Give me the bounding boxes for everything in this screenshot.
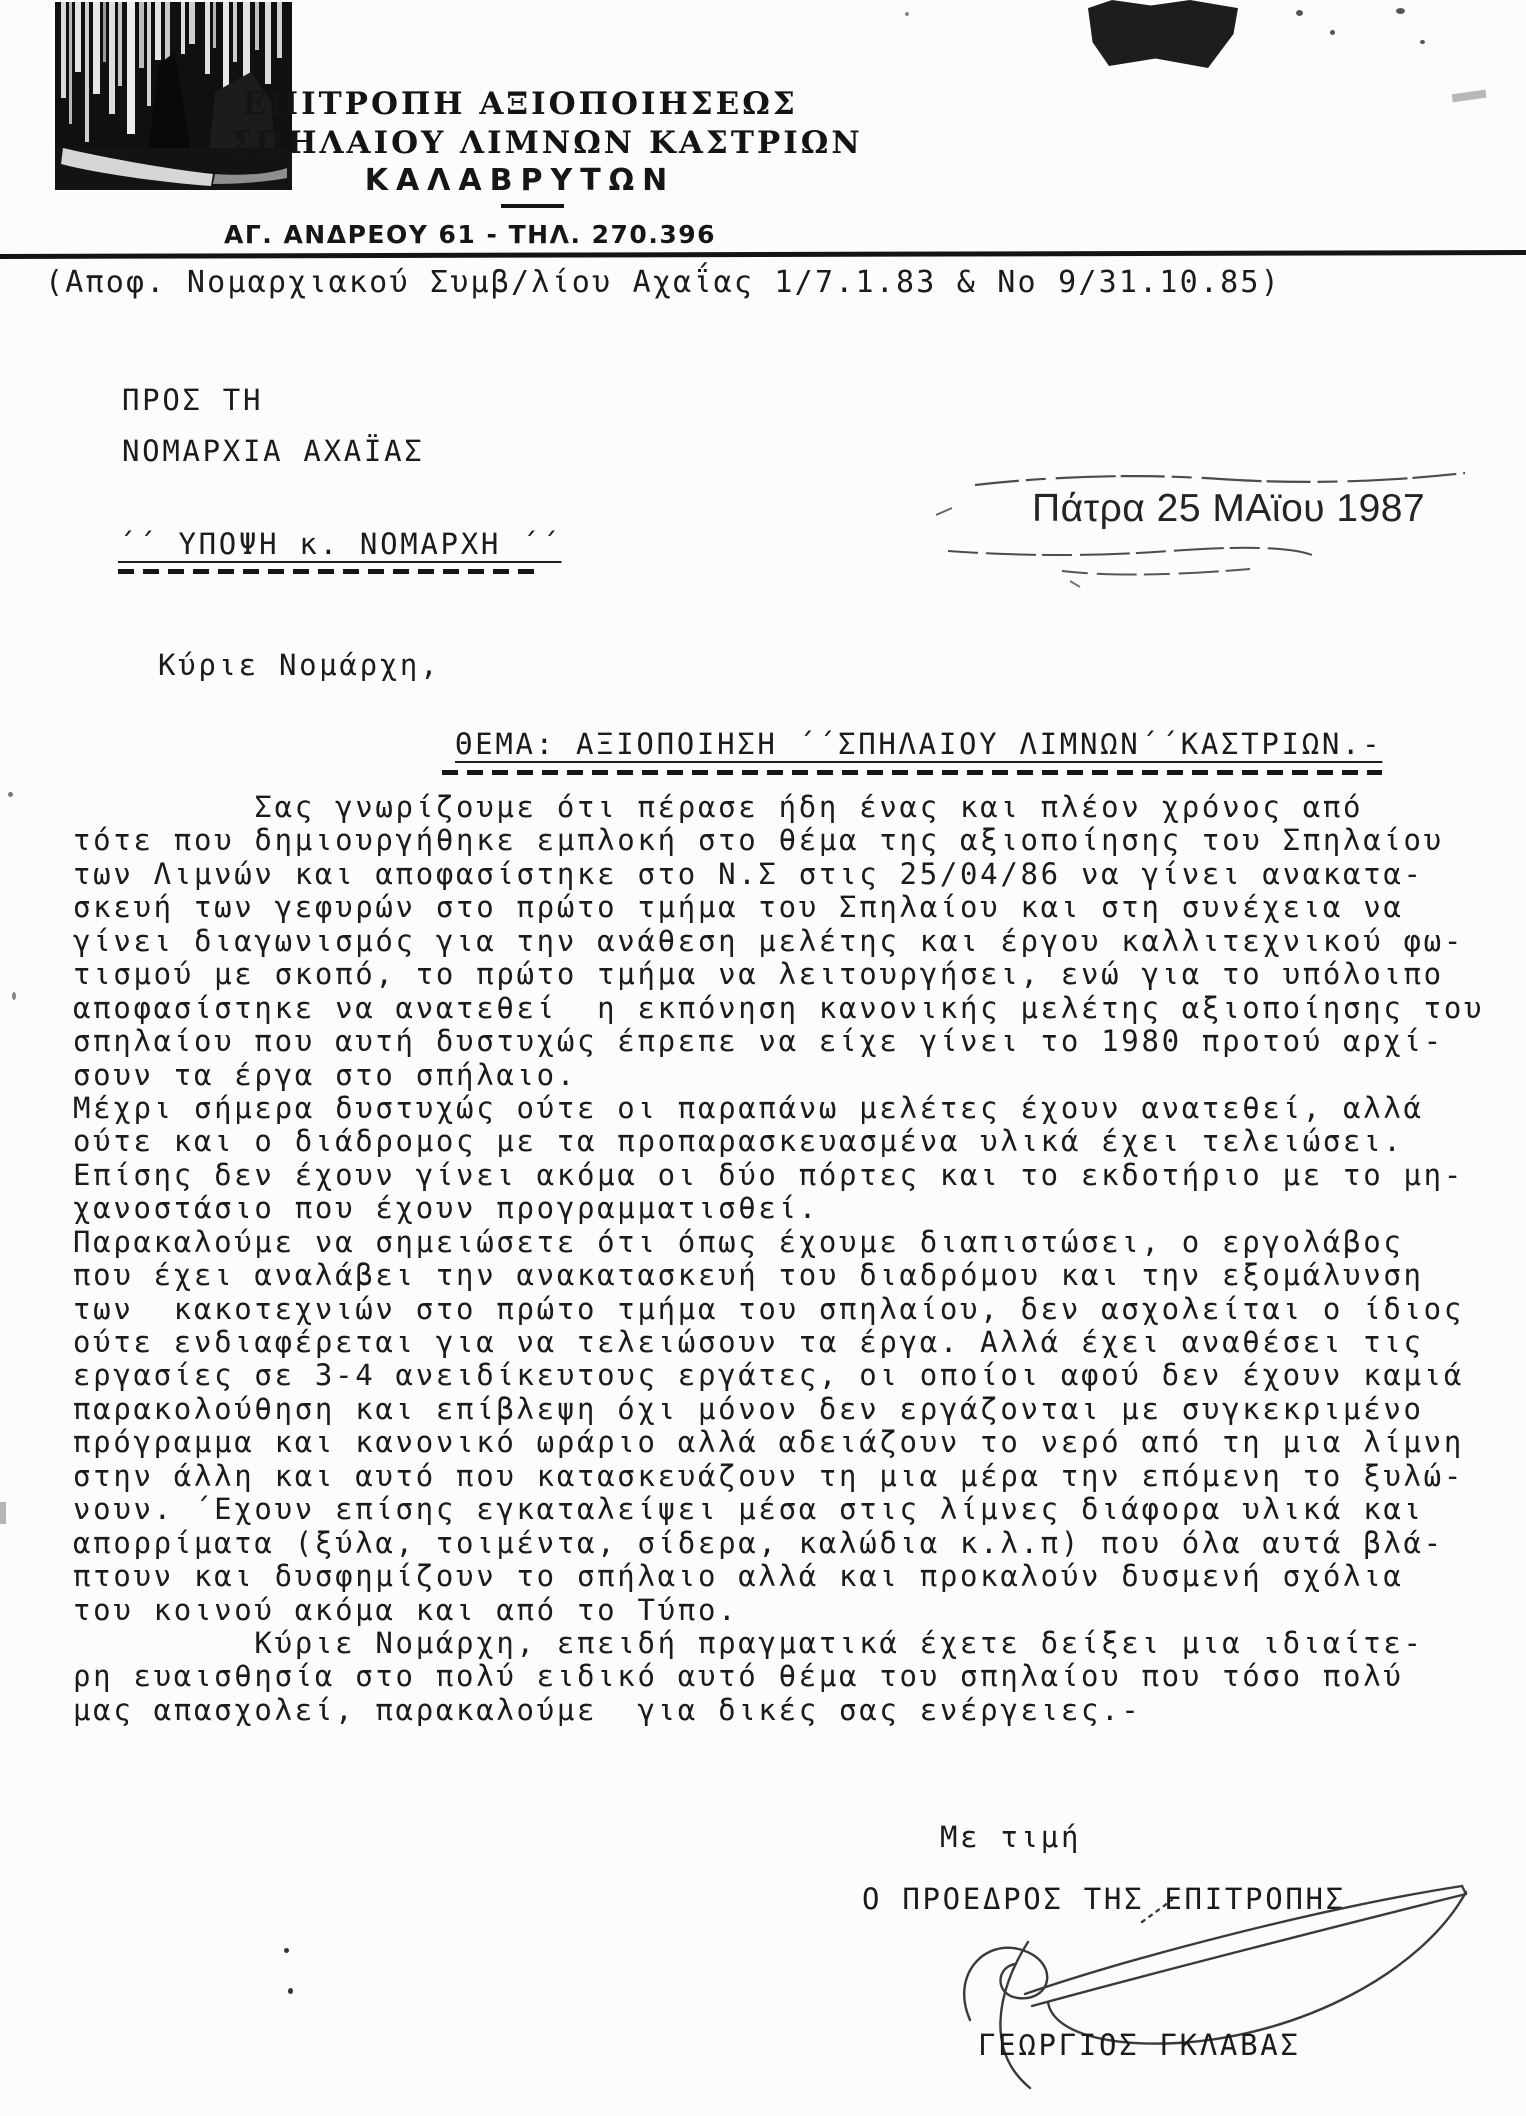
- body-line: μας απασχολεί, παρακαλούμε για δικές σας…: [73, 1694, 1493, 1727]
- body-line: Επίσης δεν έχουν γίνει ακόμα οι δύο πόρτ…: [73, 1159, 1493, 1192]
- scan-speck: [905, 12, 909, 16]
- body-line: χανοστάσιο που έχουν προγραμματισθεί.: [73, 1192, 1493, 1225]
- scan-speck: [1330, 30, 1335, 35]
- scan-edge-mark: [0, 1502, 6, 1524]
- body-line: σκευή των γεφυρών στο πρώτο τμήμα του Σπ…: [73, 891, 1493, 924]
- letter-body: Σας γνωρίζουμε ότι πέρασε ήδη ένας και π…: [73, 791, 1493, 1727]
- body-line: απορρίματα (ξύλα, τοιμέντα, σίδερα, καλώ…: [73, 1527, 1493, 1560]
- body-line: που έχει αναλάβει την ανακατασκευή του δ…: [73, 1259, 1493, 1292]
- body-line: αποφασίστηκε να ανατεθεί η εκπόνηση κανο…: [73, 992, 1493, 1025]
- subject-dashed-underline: [442, 770, 1382, 775]
- recipient-to-line1: ΠΡΟΣ ΤΗ: [122, 383, 263, 417]
- letterhead-underline: [501, 204, 564, 208]
- body-line: σουν τα έργα στο σπήλαιο.: [73, 1059, 1493, 1092]
- body-line: του κοινού ακόμα και από το Τύπο.: [73, 1594, 1493, 1627]
- salutation: Κύριε Νομάρχη,: [158, 648, 440, 682]
- stray-dot: [288, 1988, 293, 1994]
- scan-speck: [12, 992, 16, 1000]
- body-line: Κύριε Νομάρχη, επειδή πραγματικά έχετε δ…: [73, 1627, 1493, 1660]
- scan-speck: [1420, 40, 1425, 44]
- attention-dashed-underline: [118, 569, 538, 574]
- body-line: των Λιμνών και αποφασίστηκε στο Ν.Σ στις…: [73, 858, 1493, 891]
- signer-name: ΓΕΩΡΓΙΟΣ ΓΚΛΑΒΑΣ: [978, 2028, 1301, 2062]
- body-line: ρη ευαισθησία στο πολύ ειδικό αυτό θέμα …: [73, 1660, 1493, 1693]
- signature-scribble: [900, 1880, 1500, 2116]
- scan-smudge: [1452, 90, 1487, 103]
- date-stamp: Πάτρα 25 ΜΑϊου 1987: [1032, 487, 1425, 531]
- body-line: ούτε και ο διάδρομος με τα προπαρασκευασ…: [73, 1125, 1493, 1158]
- scan-speck: [8, 792, 13, 797]
- attention-line: ´´ ΥΠΟΨΗ κ. ΝΟΜΑΡΧΗ ´´: [118, 527, 562, 561]
- body-line: Μέχρι σήμερα δυστυχώς ούτε οι παραπάνω μ…: [73, 1092, 1493, 1125]
- body-line: γίνει διαγωνισμός για την ανάθεση μελέτη…: [73, 925, 1493, 958]
- body-line: πτουν και δυσφημίζουν το σπήλαιο αλλά κα…: [73, 1560, 1493, 1593]
- body-line: ούτε ενδιαφέρεται για να τελειώσουν τα έ…: [73, 1326, 1493, 1359]
- org-name-line2: ΣΠΗΛΑΙΟΥ ΛΙΜΝΩΝ ΚΑΣΤΡΙΩΝ: [230, 125, 810, 161]
- scan-noise-blob: [1088, 0, 1238, 68]
- body-line: παρακολούθηση και επίβλεψη όχι μόνον δεν…: [73, 1393, 1493, 1426]
- reference-line: (Αποφ. Νομαρχιακού Συμβ/λίου Αχαΐας 1/7.…: [45, 266, 1281, 300]
- org-name-line1: ΕΠΙΤΡΟΠΗ ΑΞΙΟΠΟΙΗΣΕΩΣ: [230, 86, 810, 122]
- letterhead-divider-rule: [0, 250, 1526, 259]
- body-line: πρόγραμμα και κανονικό ωράριο αλλά αδειά…: [73, 1426, 1493, 1459]
- body-line: Παρακαλούμε να σημειώσετε ότι όπως έχουμ…: [73, 1226, 1493, 1259]
- org-name-line3: ΚΑΛΑΒΡΥΤΩΝ: [230, 163, 810, 198]
- body-line: στην άλλη και αυτό που κατασκευάζουν τη …: [73, 1460, 1493, 1493]
- recipient-to-line2: ΝΟΜΑΡΧΙΑ ΑΧΑΪΑΣ: [122, 434, 424, 468]
- scan-speck: [1396, 8, 1405, 14]
- body-line: εργασίες σε 3-4 ανειδίκευτους εργάτες, ο…: [73, 1359, 1493, 1392]
- body-line: σπηλαίου που αυτή δυστυχώς έπρεπε να είχ…: [73, 1025, 1493, 1058]
- stray-dot: [284, 1948, 289, 1953]
- body-line: των κακοτεχνιών στο πρώτο τμήμα του σπηλ…: [73, 1293, 1493, 1326]
- body-line: νουν. ´Εχουν επίσης εγκαταλείψει μέσα στ…: [73, 1493, 1493, 1526]
- body-line: Σας γνωρίζουμε ότι πέρασε ήδη ένας και π…: [73, 791, 1493, 824]
- subject-line: ΘΕΜΑ: ΑΞΙΟΠΟΙΗΣΗ ´´ΣΠΗΛΑΙΟΥ ΛΙΜΝΩΝ´´ΚΑΣΤ…: [455, 727, 1382, 761]
- scanned-letter-page: ΕΠΙΤΡΟΠΗ ΑΞΙΟΠΟΙΗΣΕΩΣ ΣΠΗΛΑΙΟΥ ΛΙΜΝΩΝ ΚΑ…: [0, 0, 1526, 2116]
- letterhead-address: ΑΓ. ΑΝΔΡΕΟΥ 61 - ΤΗΛ. 270.396: [180, 220, 760, 249]
- body-line: τισμού με σκοπό, το πρώτο τμήμα να λειτο…: [73, 958, 1493, 991]
- body-line: τότε που δημιουργήθηκε εμπλοκή στο θέμα …: [73, 824, 1493, 857]
- scan-speck: [1296, 10, 1303, 16]
- valediction: Με τιμή: [940, 1820, 1081, 1854]
